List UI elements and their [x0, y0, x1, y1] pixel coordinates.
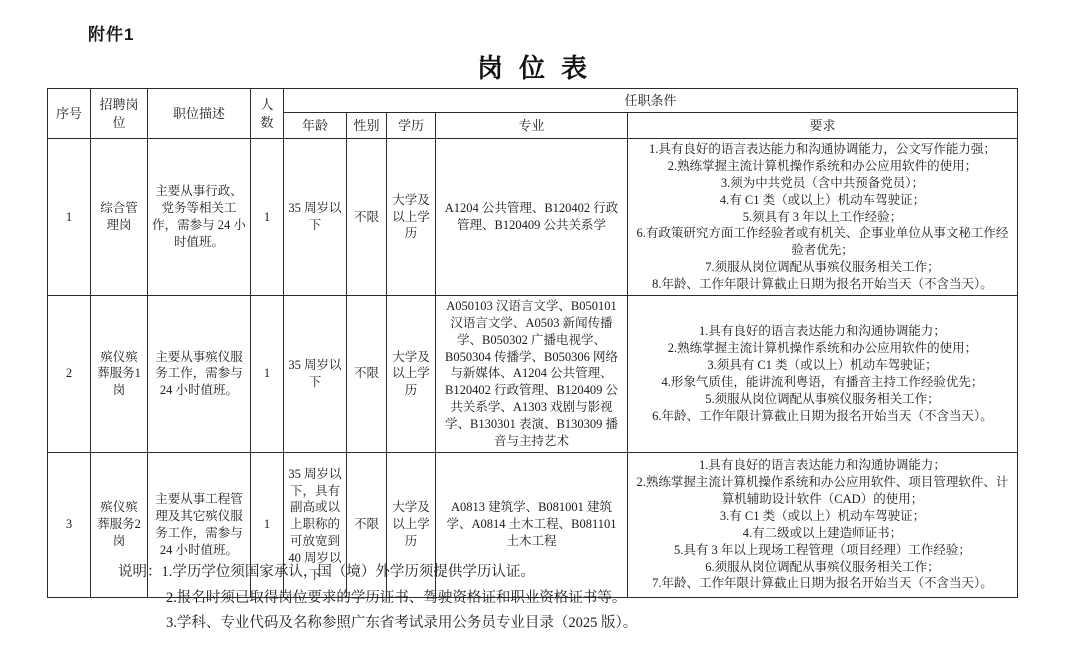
cell-age: 35 周岁以下 [284, 295, 347, 452]
header-cell-conditions: 任职条件 [284, 89, 1018, 113]
cell-education: 大学及以上学历 [387, 139, 436, 296]
header-cell-requirements: 要求 [628, 113, 1018, 139]
page-title: 岗位表 [47, 48, 1017, 85]
note-item: 3.学科、专业代码及名称参照广东省考试录用公务员专业目录（2025 版）。 [166, 615, 637, 631]
table-header: 序号 招聘岗位 职位描述 人数 任职条件 年龄 性别 学历 专业 要求 [48, 89, 1018, 139]
cell-seq: 2 [48, 295, 91, 452]
document-page: 附件1 岗位表 序号 招聘岗位 职位描述 人数 任职条件 年龄 性别 [0, 0, 1080, 657]
table-body: 1 综合管理岗 主要从事行政、党务等相关工作，需参与 24 小时值班。 1 35… [48, 139, 1018, 598]
note-line-2: 2.报名时须已取得岗位要求的学历证书、驾驶资格证和职业资格证书等。 [118, 586, 1038, 612]
positions-table: 序号 招聘岗位 职位描述 人数 任职条件 年龄 性别 学历 专业 要求 1 综合… [47, 88, 1018, 598]
cell-position: 殡仪殡葬服务1岗 [91, 295, 148, 452]
cell-major: A050103 汉语言文学、B050101 汉语言文学、A0503 新闻传播学、… [436, 295, 628, 452]
header-cell-desc: 职位描述 [148, 89, 251, 139]
notes-label: 说明： [118, 564, 162, 580]
cell-desc: 主要从事行政、党务等相关工作，需参与 24 小时值班。 [148, 139, 251, 296]
cell-major: A1204 公共管理、B120402 行政管理、B120409 公共关系学 [436, 139, 628, 296]
cell-requirements: 1.具有良好的语言表达能力和沟通协调能力，公文写作能力强； 2.熟练掌握主流计算… [628, 139, 1018, 296]
header-cell-major: 专业 [436, 113, 628, 139]
cell-desc: 主要从事殡仪服务工作，需参与 24 小时值班。 [148, 295, 251, 452]
cell-age: 35 周岁以下 [284, 139, 347, 296]
cell-position: 综合管理岗 [91, 139, 148, 296]
header-cell-gender: 性别 [347, 113, 387, 139]
attachment-label: 附件1 [88, 20, 134, 45]
header-cell-count: 人数 [251, 89, 284, 139]
header-cell-seq: 序号 [48, 89, 91, 139]
header-cell-position: 招聘岗位 [91, 89, 148, 139]
table-row-1: 1 综合管理岗 主要从事行政、党务等相关工作，需参与 24 小时值班。 1 35… [48, 139, 1018, 296]
note-item: 1.学历学位须国家承认，国（境）外学历须提供学历认证。 [162, 564, 535, 580]
cell-seq: 1 [48, 139, 91, 296]
cell-gender: 不限 [347, 295, 387, 452]
note-item: 2.报名时须已取得岗位要求的学历证书、驾驶资格证和职业资格证书等。 [166, 590, 626, 606]
header-cell-education: 学历 [387, 113, 436, 139]
table-row-2: 2 殡仪殡葬服务1岗 主要从事殡仪服务工作，需参与 24 小时值班。 1 35 … [48, 295, 1018, 452]
note-line-1: 说明：1.学历学位须国家承认，国（境）外学历须提供学历认证。 [118, 560, 1038, 586]
cell-count: 1 [251, 295, 284, 452]
header-row-1: 序号 招聘岗位 职位描述 人数 任职条件 [48, 89, 1018, 113]
cell-gender: 不限 [347, 139, 387, 296]
notes-section: 说明：1.学历学位须国家承认，国（境）外学历须提供学历认证。 2.报名时须已取得… [118, 560, 1038, 637]
cell-seq: 3 [48, 452, 91, 597]
cell-count: 1 [251, 139, 284, 296]
cell-education: 大学及以上学历 [387, 295, 436, 452]
note-line-3: 3.学科、专业代码及名称参照广东省考试录用公务员专业目录（2025 版）。 [118, 611, 1038, 637]
header-cell-age: 年龄 [284, 113, 347, 139]
cell-requirements: 1.具有良好的语言表达能力和沟通协调能力； 2.熟练掌握主流计算机操作系统和办公… [628, 295, 1018, 452]
